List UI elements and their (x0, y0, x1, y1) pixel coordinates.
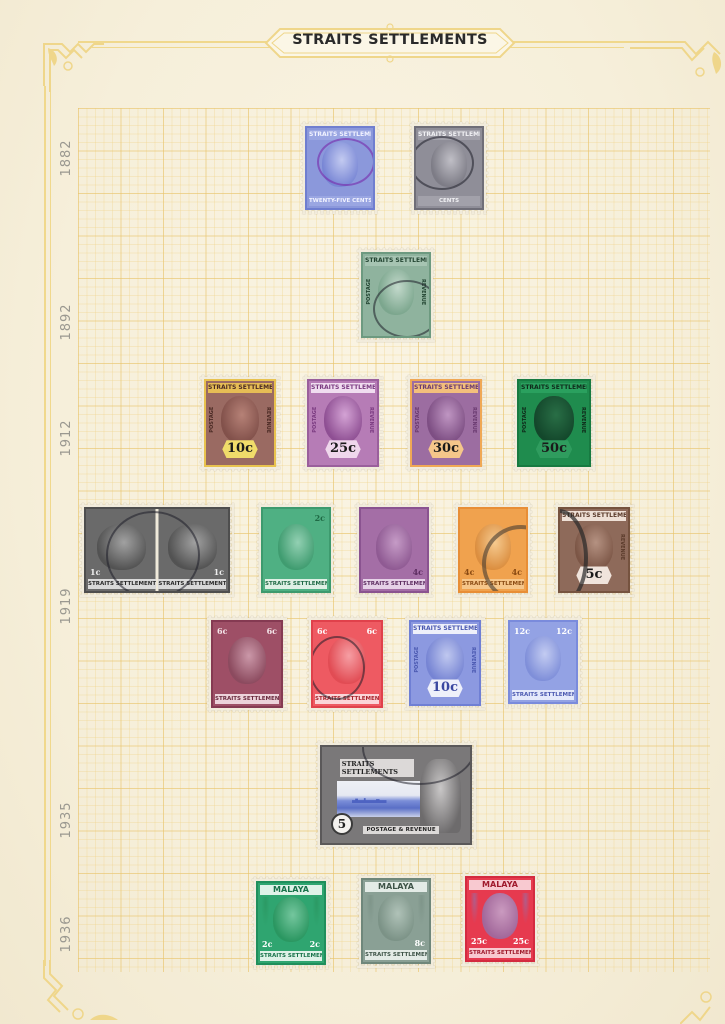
stamp-bottom-text: POSTAGE & REVENUE (363, 826, 438, 834)
palm-icon (521, 893, 530, 926)
year-label-1912: 1912 (59, 408, 75, 468)
year-label-1919: 1919 (59, 576, 75, 636)
stamp-1882-grey[interactable]: STRAITS SETTLEMENTS CENTS (410, 122, 488, 214)
stamp-bottom-text: CENTS (418, 196, 480, 206)
stamp-top-text: STRAITS SETTLEMENTS (365, 256, 427, 266)
stamp-1912-50c[interactable]: STRAITS SETTLEMENTS POSTAGE REVENUE 50c (513, 375, 595, 471)
george-v-portrait-icon (534, 396, 573, 443)
page-title: STRAITS SETTLEMENTS (260, 32, 520, 48)
palm-icon (312, 897, 321, 929)
stamp-1919-2c-green[interactable]: STRAITS SETTLEMENTS 2c (257, 503, 335, 597)
stamp-bottom-text: STRAITS SETTLEMENTS (365, 950, 427, 960)
stamp-1936-malaya-25c[interactable]: MALAYA STRAITS SETTLEMENTS 25c 25c (461, 872, 539, 966)
corner-ornament-top-left-icon (38, 38, 108, 98)
stamp-corner-value: 12c (556, 626, 572, 636)
stamp-side-text-left: POSTAGE (312, 398, 320, 442)
postmark-icon (558, 509, 588, 593)
george-v-portrait-icon (525, 636, 562, 681)
george-v-portrait-icon (378, 895, 415, 941)
year-label-1936: 1936 (59, 904, 75, 964)
stamp-bottom-text: STRAITS SETTLEMENTS (469, 948, 531, 958)
stamp-1936-malaya-8c[interactable]: MALAYA STRAITS SETTLEMENTS 8c (357, 874, 435, 968)
stamp-bottom-text: STRAITS SETTLEMENTS (215, 694, 279, 704)
castle-icon (352, 798, 387, 803)
stamp-value: 25c (325, 440, 360, 458)
stamp-1912-30c[interactable]: STRAITS SETTLEMENTS POSTAGE REVENUE 30c (406, 375, 486, 471)
frame-line-left (44, 86, 46, 966)
george-v-portrait-icon (482, 893, 519, 939)
george-v-portrait-icon (324, 396, 362, 443)
postmark-icon (106, 511, 200, 593)
stamp-value: 5 (331, 813, 353, 835)
stamp-corner-value: 25c (471, 936, 487, 946)
stamp-side-text-right: REVENUE (263, 398, 271, 442)
palm-icon (261, 897, 270, 929)
palm-icon (470, 893, 479, 926)
stamp-side-text-left: POSTAGE (415, 398, 423, 442)
postmark-icon (311, 636, 365, 700)
stamp-1919-1c-pair[interactable]: STRAITS SETTLEMENTS STRAITS SETTLEMENTS … (80, 503, 234, 597)
stamp-corner-value: 2c (315, 513, 325, 523)
stamp-bottom-text: TWENTY-FIVE CENTS (309, 196, 371, 206)
stamp-value: 10c (427, 679, 462, 697)
stamp-1912-10c[interactable]: STRAITS SETTLEMENTS POSTAGE REVENUE 10c (200, 375, 280, 471)
stamp-1919-10c-blue[interactable]: STRAITS SETTLEMENTS POSTAGE REVENUE 10c (405, 616, 485, 710)
stamp-side-text-left: POSTAGE (522, 398, 530, 442)
stamp-1919-6c-scarlet[interactable]: STRAITS SETTLEMENTS 6c 6c (307, 616, 387, 712)
violet-postmark-icon (317, 138, 375, 186)
stamp-bottom-text: STRAITS SETTLEMENTS (260, 951, 322, 961)
palm-icon (366, 895, 375, 928)
stamp-1919-5c-brown[interactable]: STRAITS SETTLEMENTS REVENUE 5c (554, 503, 634, 597)
frame-line-left-inner (50, 92, 51, 960)
stamp-corner-value: 6c (367, 626, 377, 636)
stamp-corner-value: 6c (217, 626, 227, 636)
stamp-corner-value: 6c (317, 626, 327, 636)
stamp-top-text: STRAITS SETTLEMENTS (413, 624, 477, 634)
stamp-top-text: STRAITS SETTLEMENTS (414, 383, 478, 393)
stamp-side-text-left: POSTAGE (209, 398, 217, 442)
stamp-top-text: MALAYA (260, 885, 322, 895)
stamp-value: 30c (428, 440, 463, 458)
george-v-portrait-icon (427, 396, 465, 443)
stamp-1919-6c-claret[interactable]: STRAITS SETTLEMENTS 6c 6c (207, 616, 287, 712)
stamp-1912-25c[interactable]: STRAITS SETTLEMENTS POSTAGE REVENUE 25c (303, 375, 383, 471)
stamp-corner-value: 25c (513, 936, 529, 946)
stamp-top-text: STRAITS SETTLEMENTS (208, 383, 272, 393)
stamp-1919-4c-orange[interactable]: STRAITS SETTLEMENTS 4c 4c (454, 503, 532, 597)
stamp-side-text-right: REVENUE (578, 398, 586, 442)
stamp-corner-value: 4c (464, 567, 474, 577)
george-v-portrait-icon (376, 524, 413, 570)
palm-icon (417, 895, 426, 928)
stamp-corner-value: 2c (262, 939, 272, 949)
year-label-1892: 1892 (59, 292, 75, 352)
stamp-side-text-right: REVENUE (469, 398, 477, 442)
year-label-1935: 1935 (59, 790, 75, 850)
stamp-corner-value: 4c (413, 567, 423, 577)
year-label-1882: 1882 (59, 128, 75, 188)
stamp-value: 50c (536, 440, 572, 458)
corner-ornament-bottom-right-icon (680, 985, 725, 1024)
stamp-top-text: MALAYA (365, 882, 427, 892)
stamp-value: 10c (222, 440, 257, 458)
stamp-corner-value: 1c (214, 567, 224, 577)
stamp-1882-25c-blue[interactable]: STRAITS SETTLEMENTS TWENTY-FIVE CENTS (301, 122, 379, 214)
stamp-corner-value: 6c (267, 626, 277, 636)
stamp-corner-value: 12c (514, 626, 530, 636)
stamp-1935-silver-jubilee-5c[interactable]: STRAITS SETTLEMENTS 5 POSTAGE & REVENUE (316, 741, 476, 849)
postmark-icon (414, 136, 474, 190)
stamp-top-text: STRAITS SETTLEMENTS (521, 383, 587, 393)
corner-ornament-top-right-icon (630, 30, 725, 110)
stamp-bottom-text: STRAITS SETTLEMENTS (265, 579, 327, 589)
stamp-1936-malaya-2c[interactable]: MALAYA STRAITS SETTLEMENTS 2c 2c (252, 877, 330, 969)
stamp-1919-4c-purple[interactable]: STRAITS SETTLEMENTS 4c (355, 503, 433, 597)
stamp-corner-value: 2c (310, 939, 320, 949)
stamp-side-text-left: POSTAGE (414, 638, 422, 681)
stamp-side-text-right: REVENUE (468, 638, 476, 681)
stamp-side-text-right: REVENUE (366, 398, 374, 442)
george-v-portrait-icon (228, 637, 266, 684)
stamp-top-text: MALAYA (469, 880, 531, 890)
stamp-corner-value: 8c (415, 938, 425, 948)
george-v-portrait-icon (426, 637, 464, 683)
stamp-top-text: STRAITS SETTLEMENTS (311, 383, 375, 393)
george-v-portrait-icon (273, 897, 310, 942)
windsor-castle-scene (337, 781, 420, 817)
george-v-portrait-icon (221, 396, 259, 443)
stamp-side-text-right: REVENUE (617, 525, 625, 568)
stamp-corner-value: 1c (90, 567, 100, 577)
stamp-1892-3c-green[interactable]: STRAITS SETTLEMENTS POSTAGE REVENUE (357, 248, 435, 342)
postmark-icon (373, 280, 431, 338)
stamp-bottom-text: STRAITS SETTLEMENTS (512, 690, 574, 700)
title-cartouche: STRAITS SETTLEMENTS (260, 23, 520, 63)
stamp-bottom-text: STRAITS SETTLEMENTS (363, 579, 425, 589)
george-v-portrait-icon (278, 524, 315, 570)
stamp-1919-12c-blue[interactable]: STRAITS SETTLEMENTS 12c 12c (504, 616, 582, 708)
